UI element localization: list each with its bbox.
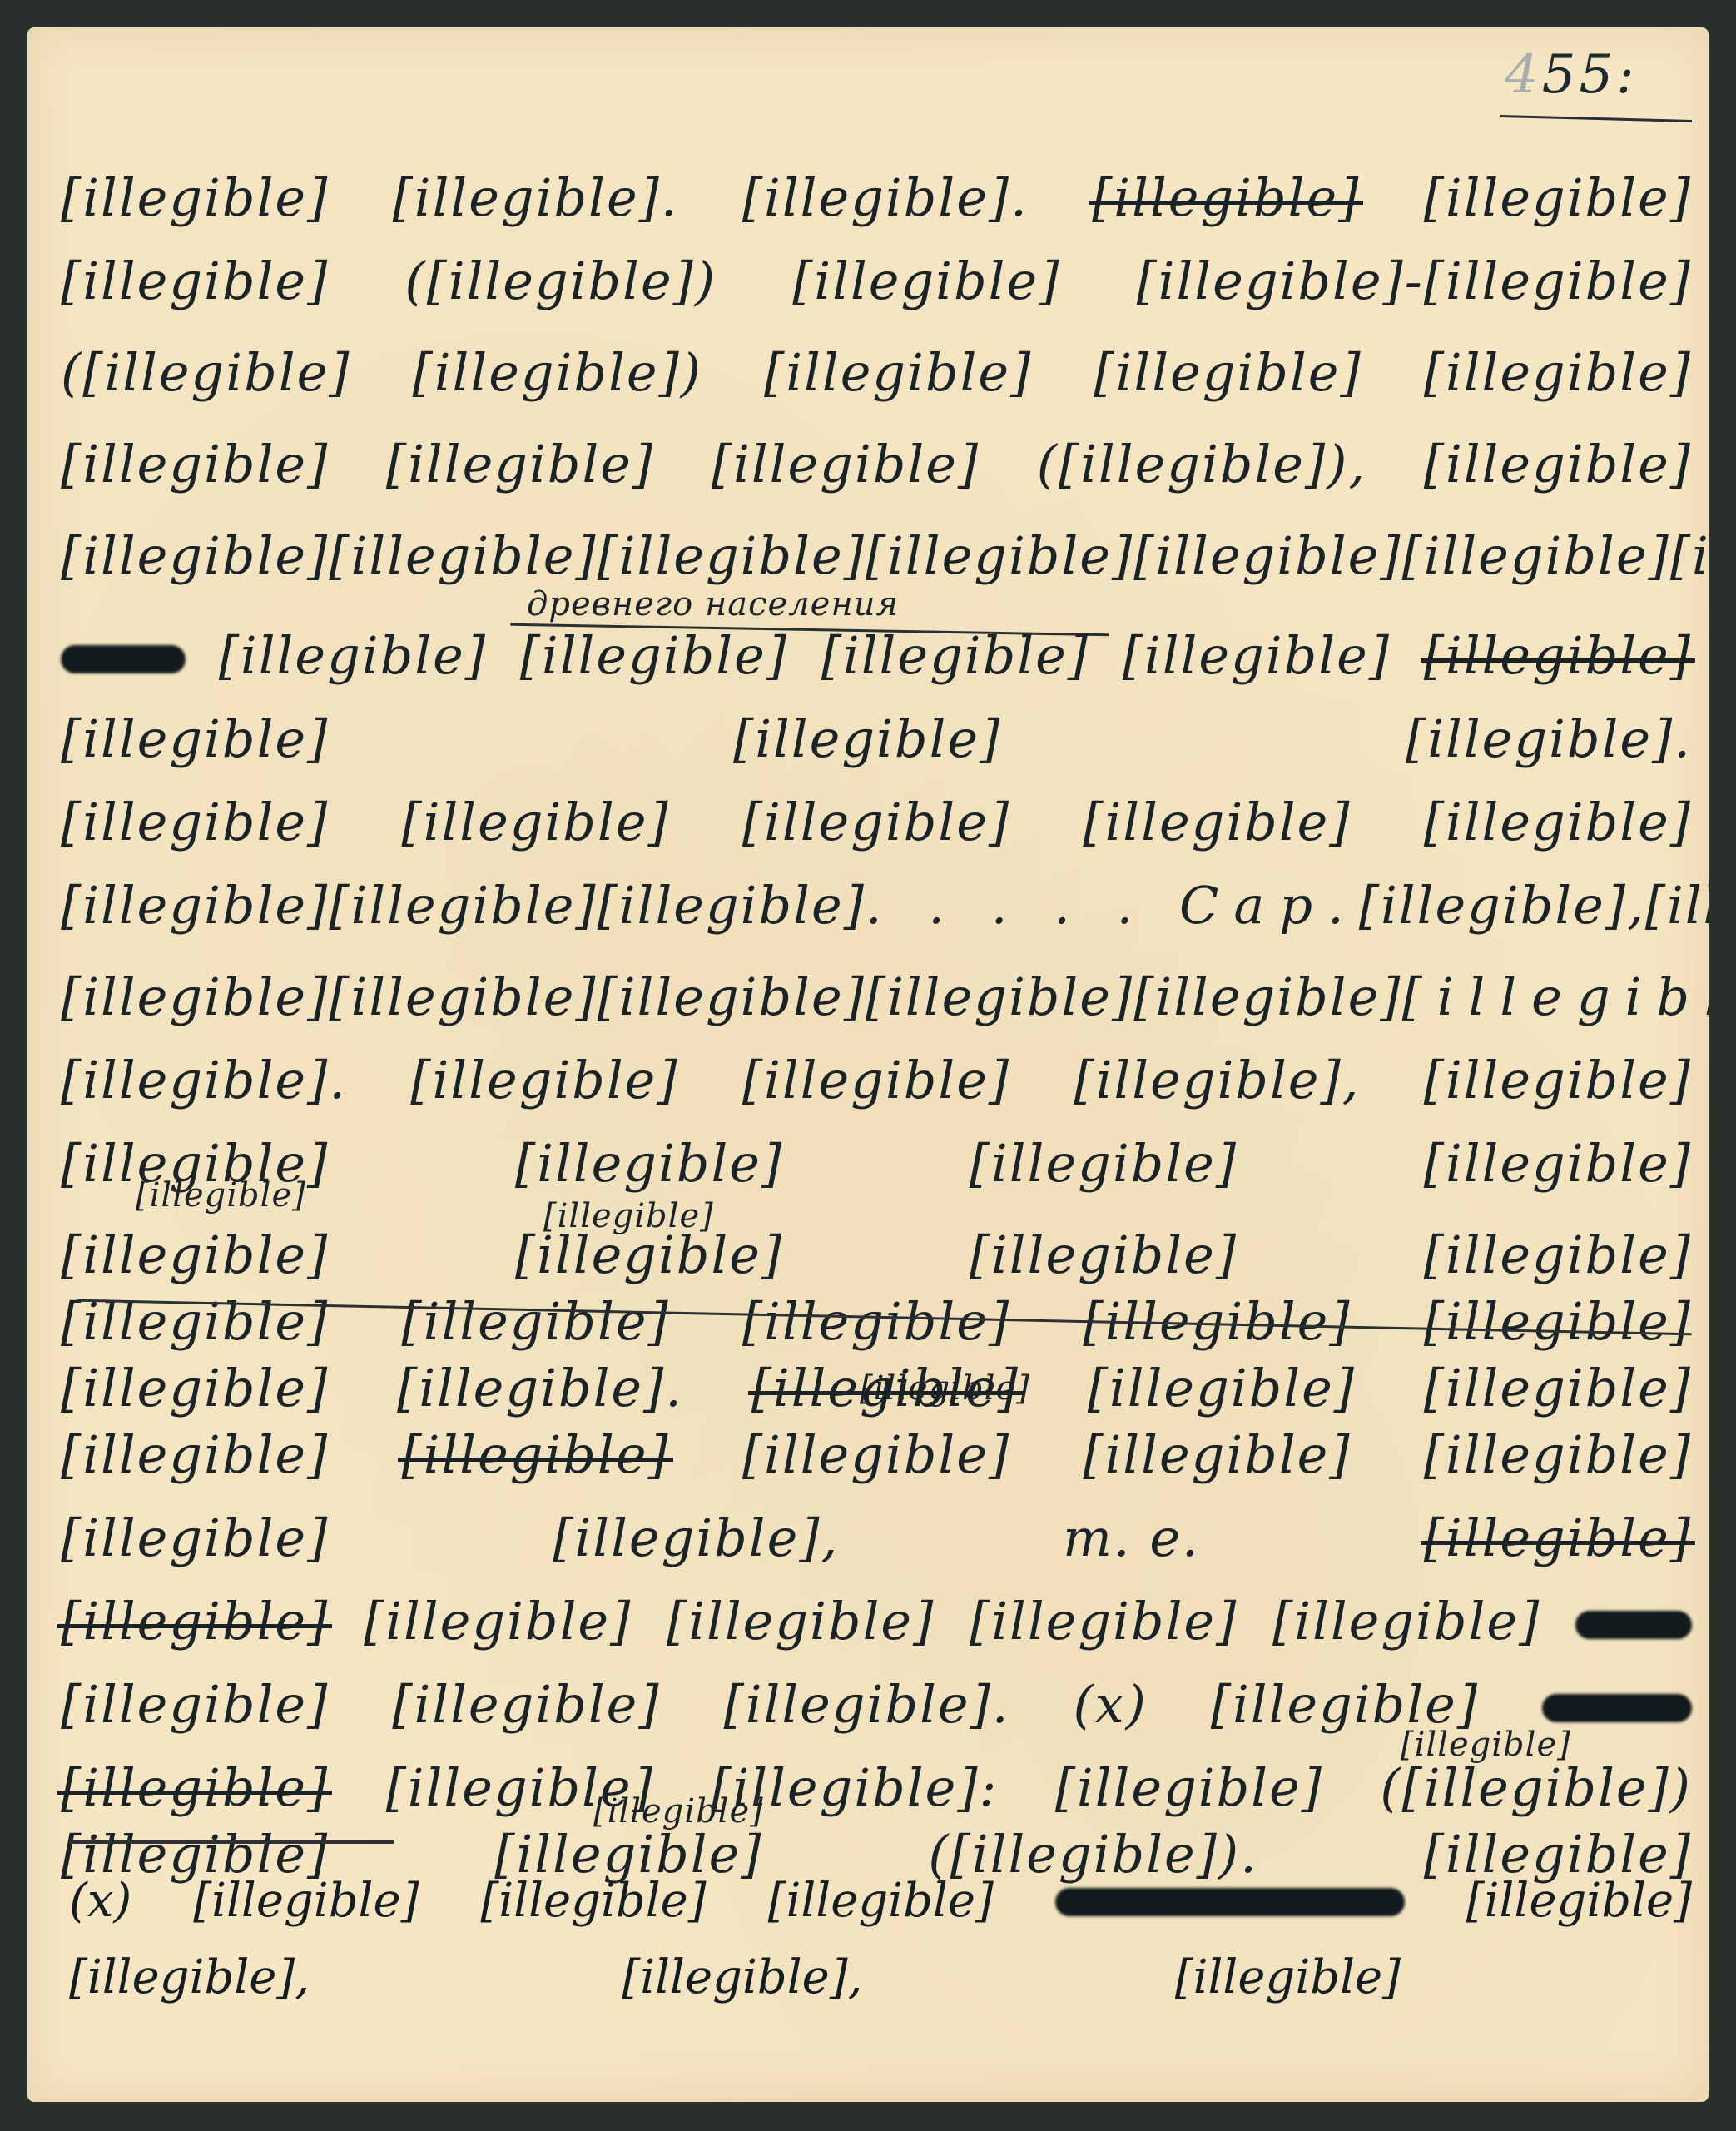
word: [illegible] <box>792 251 1060 311</box>
manuscript-line-9: [illegible] [illegible] [illegible] . . … <box>61 875 1692 936</box>
ink-blot <box>1575 1611 1692 1639</box>
manuscript-line-8: [illegible] [illegible] [illegible] [ill… <box>61 792 1692 852</box>
word: [illegible] <box>61 875 329 936</box>
word: [illegible] <box>1424 1133 1692 1194</box>
word: [illegible] <box>61 1674 329 1735</box>
word: [illegible] <box>1401 525 1669 586</box>
struck-word: [illegible] <box>61 1757 329 1818</box>
manuscript-line-6: [illegible] [illegible] [illegible] [ill… <box>61 625 1692 686</box>
word: [illegible] <box>712 434 980 494</box>
manuscript-line-16: [illegible] [illegible] [illegible] [ill… <box>61 1424 1692 1485</box>
struck-word: [illegible] <box>1092 167 1360 228</box>
manuscript-line-18: [illegible] [illegible] [illegible] [ill… <box>61 1591 1692 1652</box>
word: ([illegible]), <box>1037 434 1366 494</box>
word: [illegible] <box>742 1050 1010 1110</box>
interlinear-insertion: древнего населения <box>527 585 899 623</box>
word: [illegible]. <box>742 167 1029 228</box>
word: [illegible] <box>768 1874 994 1928</box>
word: [illegible] <box>1466 1874 1692 1928</box>
folio-number: 455: <box>1505 44 1638 106</box>
word: [illegible] <box>733 708 1001 769</box>
word: [illegible] <box>598 875 866 936</box>
word: [illegible] <box>386 434 654 494</box>
struck-word: [illegible] <box>401 1424 669 1485</box>
word: ([illegible]) <box>1380 1757 1692 1818</box>
struck-word: [illegible] <box>61 1591 329 1652</box>
word: [illegible] <box>970 1591 1238 1652</box>
word: [illegible]. <box>61 1050 347 1110</box>
manuscript-line-1: [illegible] [illegible]. [illegible]. [i… <box>61 167 1692 228</box>
word: [illegible] <box>742 792 1010 852</box>
word: [illegible] <box>392 1674 660 1735</box>
footnote-line-1: (x) [illegible] [illegible] [illegible] … <box>69 1874 1692 1928</box>
word: [illegible] <box>480 1874 706 1928</box>
word: [illegible]. <box>724 1674 1010 1735</box>
word: [illegible]. <box>393 167 679 228</box>
word: [illegible]. <box>1406 708 1692 769</box>
word: [illegible] <box>598 966 866 1027</box>
word: [illegible] <box>1055 1757 1323 1818</box>
struck-word: [illegible] <box>1424 1508 1692 1568</box>
word: [illegible] <box>515 1224 783 1285</box>
interlinear-insertion: [illegible] <box>860 1369 1030 1408</box>
footnote-marker: (x) <box>1073 1674 1147 1735</box>
word: [illegible] <box>1133 966 1401 1027</box>
word: [illegible] <box>1424 1424 1692 1485</box>
word: [illegible] <box>1645 875 1709 936</box>
manuscript-line-4: [illegible] [illegible] [illegible] ([il… <box>61 434 1692 494</box>
manuscript-line-5: [illegible] [illegible] [illegible] [ill… <box>61 525 1692 586</box>
word: [illegible] <box>61 1508 329 1568</box>
interlinear-insertion: [illegible] <box>136 1176 306 1215</box>
manuscript-line-17: [illegible] [illegible], т. е. [illegibl… <box>61 1508 1692 1568</box>
word: [illegible] <box>329 525 597 586</box>
manuscript-line-3: ([illegible] [illegible]) [illegible] [i… <box>61 342 1692 403</box>
ellipsis-abbreviation: . . . . . Сар. <box>866 875 1359 936</box>
manuscript-line-7: [illegible] [illegible] [illegible]. <box>61 708 1692 769</box>
word: [illegible]. <box>1670 525 1709 586</box>
word: [illegible] <box>1272 1591 1540 1652</box>
manuscript-line-14: [illegible] [illegible] [illegible] [ill… <box>61 1291 1692 1352</box>
manuscript-line-2: [illegible] ([illegible]) [illegible] [i… <box>61 251 1692 311</box>
word: [illegible] <box>1424 1224 1692 1285</box>
word: [illegible] <box>520 625 788 686</box>
manuscript-page: 455: [illegible] [illegible]. [illegible… <box>27 27 1709 2102</box>
word: [illegible] <box>401 1291 669 1352</box>
word: [illegible] <box>970 1224 1238 1285</box>
word: [illegible], <box>622 1950 862 2004</box>
word: [illegible] <box>329 966 597 1027</box>
word: [illegible] <box>61 966 329 1027</box>
word: [illegible], <box>1359 875 1645 936</box>
word: [illegible], <box>553 1508 839 1568</box>
word: [illegible] <box>515 1133 783 1194</box>
word: [illegible] <box>1123 625 1391 686</box>
manuscript-line-13: [illegible] [illegible] [illegible] [ill… <box>61 1224 1692 1285</box>
manuscript-line-11: [illegible]. [illegible] [illegible] [il… <box>61 1050 1692 1110</box>
word: [illegible] <box>742 1291 1010 1352</box>
ink-blot <box>1542 1694 1692 1722</box>
word: [illegible] <box>1133 525 1401 586</box>
word: ([illegible] <box>61 342 350 403</box>
word: [illegible] <box>742 1424 1010 1485</box>
word: [illegible] <box>1424 1358 1692 1418</box>
word: [illegible] <box>410 1050 678 1110</box>
word: [illegible] <box>401 792 669 852</box>
word: [illegible] <box>61 708 329 769</box>
word: [illegible] <box>1083 1424 1351 1485</box>
word: [illegible] <box>866 525 1133 586</box>
word: [illegible] <box>1424 1050 1692 1110</box>
word: [illegible] <box>1424 342 1692 403</box>
word: [illegible] <box>61 251 329 311</box>
word: [illegible] <box>1424 167 1692 228</box>
word: [illegible] <box>1088 1358 1356 1418</box>
word: [illegible] <box>1094 342 1362 403</box>
footnote-marker: (x) <box>69 1874 131 1928</box>
footnote-rule <box>69 1840 394 1844</box>
word: [illegible] <box>764 342 1032 403</box>
word: [illegible], <box>69 1950 310 2004</box>
word: [illegible] <box>1083 792 1351 852</box>
word: [illegible] <box>193 1874 419 1928</box>
word: [illegible] <box>364 1591 632 1652</box>
manuscript-line-20: [illegible] [illegible] [illegible]: [il… <box>61 1757 1692 1818</box>
word: т. е. <box>1063 1508 1200 1568</box>
word: [illegible]-[illegible] <box>1136 251 1692 311</box>
ink-blot <box>1055 1888 1405 1916</box>
word: [illegible], <box>1074 1050 1360 1110</box>
word: [illegible] <box>61 434 329 494</box>
folio-terminal: : <box>1616 44 1638 106</box>
folio-underline <box>1500 115 1692 122</box>
word: [illegible] <box>1175 1950 1401 2004</box>
word: [illegible] <box>866 966 1133 1027</box>
footnote-line-2: [illegible], [illegible], [illegible] <box>69 1950 1401 2004</box>
manuscript-line-10: [illegible] [illegible] [illegible] [ill… <box>61 966 1692 1027</box>
word: [illegible] <box>61 792 329 852</box>
word: [illegible] <box>61 1224 329 1285</box>
word: [illegible] <box>1424 434 1692 494</box>
word: [illegible] <box>61 1424 329 1485</box>
word: [illegible] <box>1424 792 1692 852</box>
word: [illegible]. <box>397 1358 683 1418</box>
ellipsis-abbreviation: [illegible] . . . Сар. <box>1401 966 1709 1027</box>
struck-word: [illegible] <box>1424 625 1692 686</box>
word: [illegible]) <box>413 342 702 403</box>
folio-ink-digits: 55 <box>1542 44 1616 106</box>
word: [illegible] <box>219 625 487 686</box>
folio-pencil-digit: 4 <box>1505 44 1542 106</box>
word: [illegible] <box>667 1591 935 1652</box>
ink-blot <box>61 645 186 673</box>
word: [illegible] <box>598 525 866 586</box>
word: ([illegible]) <box>404 251 717 311</box>
word: [illegible] <box>61 525 329 586</box>
word: [illegible] <box>329 875 597 936</box>
word: [illegible] <box>1424 1291 1692 1352</box>
word: [illegible] <box>61 1358 329 1418</box>
word: [illegible] <box>821 625 1089 686</box>
word: [illegible] <box>970 1133 1238 1194</box>
word: [illegible] <box>61 167 329 228</box>
